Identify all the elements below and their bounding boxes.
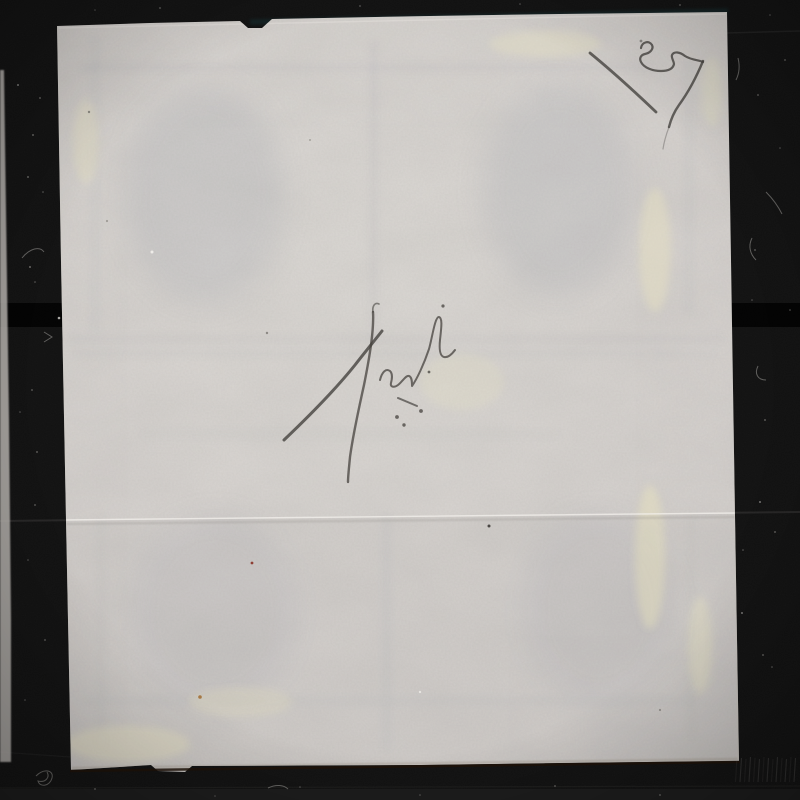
photo-vignette bbox=[0, 0, 800, 800]
stamp-reverse-photo bbox=[0, 0, 800, 800]
